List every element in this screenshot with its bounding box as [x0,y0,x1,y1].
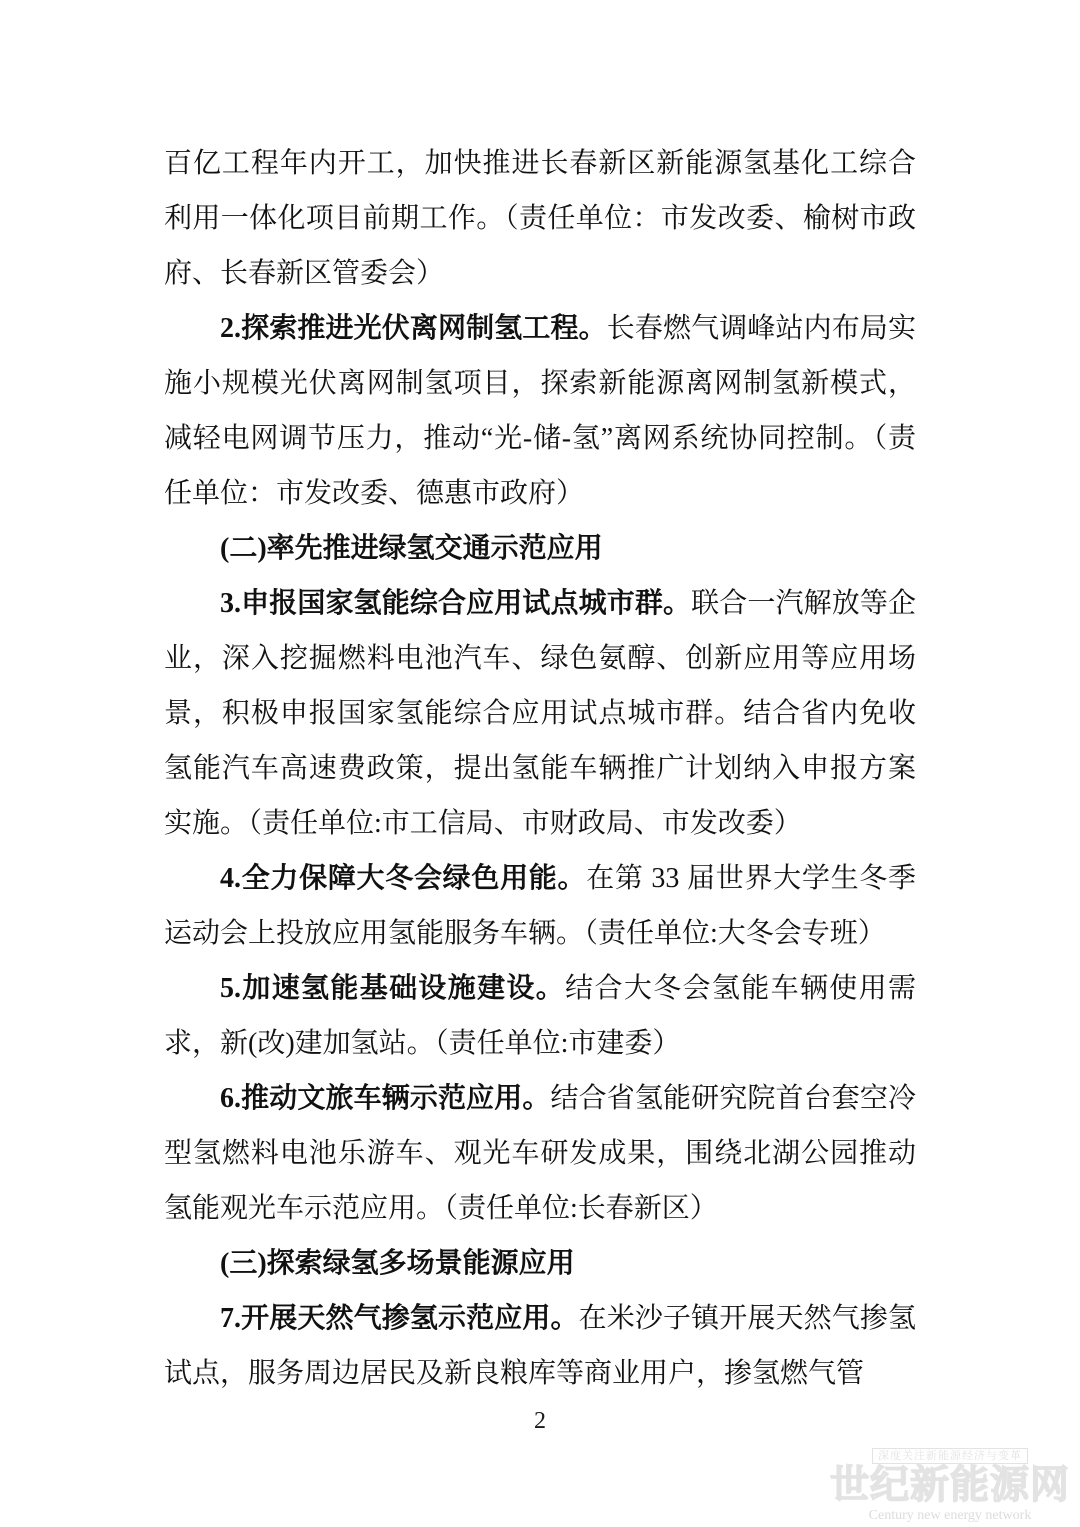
watermark-subtitle: Century new energy network [830,1508,1070,1524]
section-heading-iii: (三)探索绿氢多场景能源应用 [164,1236,916,1291]
document-body: 百亿工程年内开工，加快推进长春新区新能源氢基化工综合利用一体化项目前期工作。（责… [164,136,916,1401]
paragraph-lead: 3.申报国家氢能综合应用试点城市群。 [220,588,691,619]
paragraph-lead: 2.探索推进光伏离网制氢工程。 [220,313,607,344]
paragraph-text: 联合一汽解放等企业，深入挖掘燃料电池汽车、绿色氨醇、创新应用等应用场景，积极申报… [164,588,916,839]
section-heading-ii: (二)率先推进绿氢交通示范应用 [164,521,916,576]
paragraph-lead: 4.全力保障大冬会绿色用能。 [220,863,586,894]
paragraph-item-3: 3.申报国家氢能综合应用试点城市群。联合一汽解放等企业，深入挖掘燃料电池汽车、绿… [164,576,916,851]
page-number: 2 [0,1406,1080,1436]
paragraph-lead: 6.推动文旅车辆示范应用。 [220,1083,551,1114]
watermark-slogan: 深度关注新能源经济与变革 [872,1448,1028,1464]
paragraph-text: 百亿工程年内开工，加快推进长春新区新能源氢基化工综合利用一体化项目前期工作。（责… [164,148,916,289]
paragraph-lead: 7.开展天然气掺氢示范应用。 [220,1303,579,1334]
document-page: 百亿工程年内开工，加快推进长春新区新能源氢基化工综合利用一体化项目前期工作。（责… [0,0,1080,1527]
paragraph-item-6: 6.推动文旅车辆示范应用。结合省氢能研究院首台套空冷型氢燃料电池乐游车、观光车研… [164,1071,916,1236]
paragraph-item-7: 7.开展天然气掺氢示范应用。在米沙子镇开展天然气掺氢试点，服务周边居民及新良粮库… [164,1291,916,1401]
paragraph-item-4: 4.全力保障大冬会绿色用能。在第 33 届世界大学生冬季运动会上投放应用氢能服务… [164,851,916,961]
section-heading-text: (三)探索绿氢多场景能源应用 [220,1248,575,1279]
section-heading-text: (二)率先推进绿氢交通示范应用 [220,533,603,564]
paragraph-item-2: 2.探索推进光伏离网制氢工程。长春燃气调峰站内布局实施小规模光伏离网制氢项目，探… [164,301,916,521]
paragraph-lead: 5.加速氢能基础设施建设。 [220,973,565,1004]
paragraph-item-5: 5.加速氢能基础设施建设。结合大冬会氢能车辆使用需求，新(改)建加氢站。（责任单… [164,961,916,1071]
paragraph-continuation: 百亿工程年内开工，加快推进长春新区新能源氢基化工综合利用一体化项目前期工作。（责… [164,136,916,301]
watermark-site-title: 世纪新能源网 [830,1464,1070,1508]
watermark: 深度关注新能源经济与变革 世纪新能源网 Century new energy n… [830,1446,1070,1524]
